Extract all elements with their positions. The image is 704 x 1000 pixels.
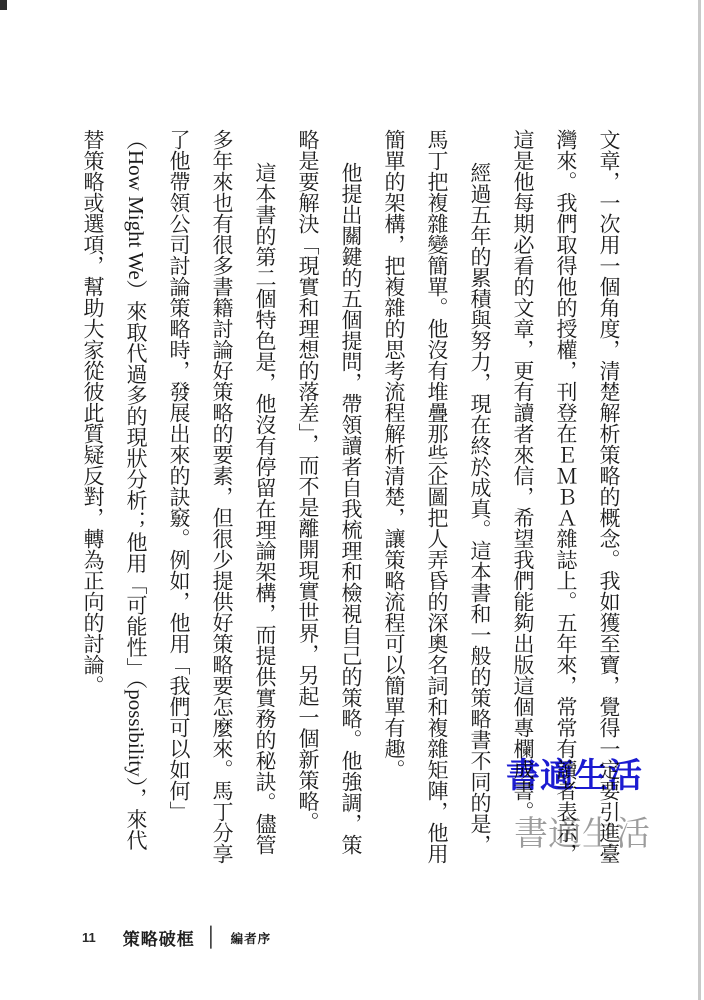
- section-title: 編者序: [231, 929, 272, 947]
- paragraph: 他提出關鍵的五個提問，帶領讀者自我梳理和檢視自己的策略。他強調，策略是要解決「現…: [286, 129, 372, 864]
- watermark-front: 書適生活: [506, 748, 642, 797]
- paragraph: 這本書的第二個特色是，他沒有停留在理論架構，而提供實務的秘訣。儘管多年來也有很多…: [71, 129, 286, 864]
- scan-corner-mark: [0, 0, 7, 10]
- page-footer: 11 策略破框 │ 編者序: [82, 925, 271, 950]
- footer-divider: │: [206, 927, 218, 949]
- watermark-back: 書適生活: [514, 806, 650, 855]
- book-title: 策略破框: [123, 925, 195, 950]
- scan-edge-line: [698, 0, 701, 1000]
- paragraph: 經過五年的累積與努力，現在終於成真。這本書和一般的策略書不同的是，馬丁把複雜變簡…: [372, 129, 501, 864]
- book-page-scan: 文章，一次用一個角度，清楚解析策略的概念。我如獲至寶，覺得一定要引進臺灣來。我們…: [0, 0, 704, 1000]
- page-number: 11: [82, 930, 96, 945]
